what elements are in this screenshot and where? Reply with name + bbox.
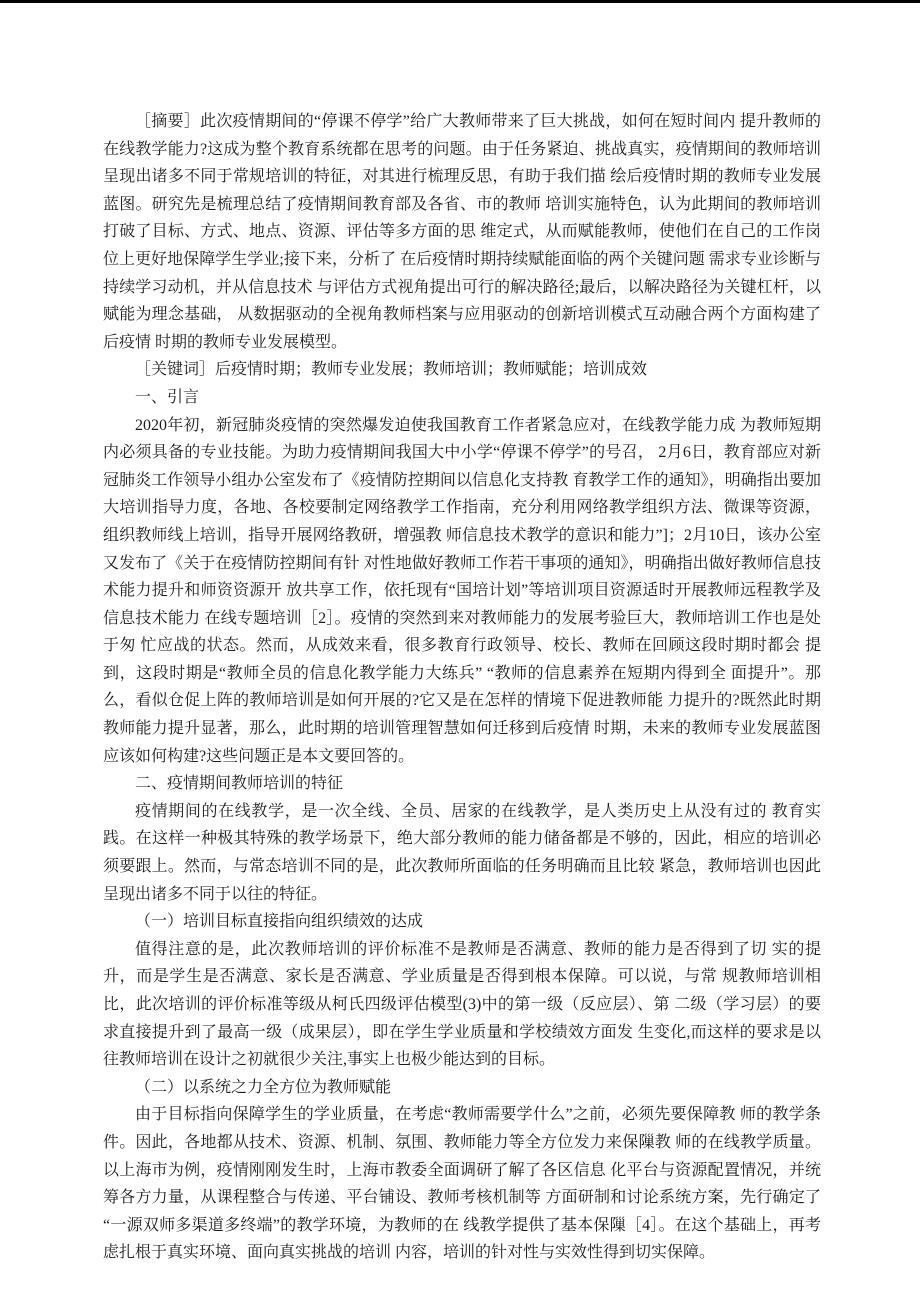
subsection-2-1-heading: （一）培训目标直接指向组织绩效的达成: [103, 908, 821, 936]
article-text-block: ［摘要］此次疫情期间的“停课不停学”给广大教师带来了巨大挑战，如何在短时间内 提…: [103, 108, 821, 1267]
keywords-paragraph: ［关键词］后疫情时期；教师专业发展；教师培训；教师赋能；培训成效: [103, 356, 821, 384]
abstract-paragraph: ［摘要］此次疫情期间的“停课不停学”给广大教师带来了巨大挑战，如何在短时间内 提…: [103, 108, 821, 356]
section-1-paragraph: 2020年初，新冠肺炎疫情的突然爆发迫使我国教育工作者紧急应对，在线教学能力成 …: [103, 412, 821, 771]
subsection-2-2-paragraph: 由于目标指向保障学生的学业质量，在考虑“教师需要学什么”之前，必须先要保障教 师…: [103, 1101, 821, 1267]
section-1-heading: 一、引言: [103, 384, 821, 412]
document-page: ［摘要］此次疫情期间的“停课不停学”给广大教师带来了巨大挑战，如何在短时间内 提…: [0, 0, 920, 1301]
subsection-2-1-paragraph: 值得注意的是，此次教师培训的评价标准不是教师是否满意、教师的能力是否得到了切 实…: [103, 936, 821, 1074]
section-2-heading: 二、疫情期间教师培训的特征: [103, 770, 821, 798]
section-2-intro-paragraph: 疫情期间的在线教学，是一次全线、全员、居家的在线教学，是人类历史上从没有过的 教…: [103, 798, 821, 908]
top-edge-line: [0, 0, 920, 3]
subsection-2-2-heading: （二）以系统之力全方位为教师赋能: [103, 1074, 821, 1102]
